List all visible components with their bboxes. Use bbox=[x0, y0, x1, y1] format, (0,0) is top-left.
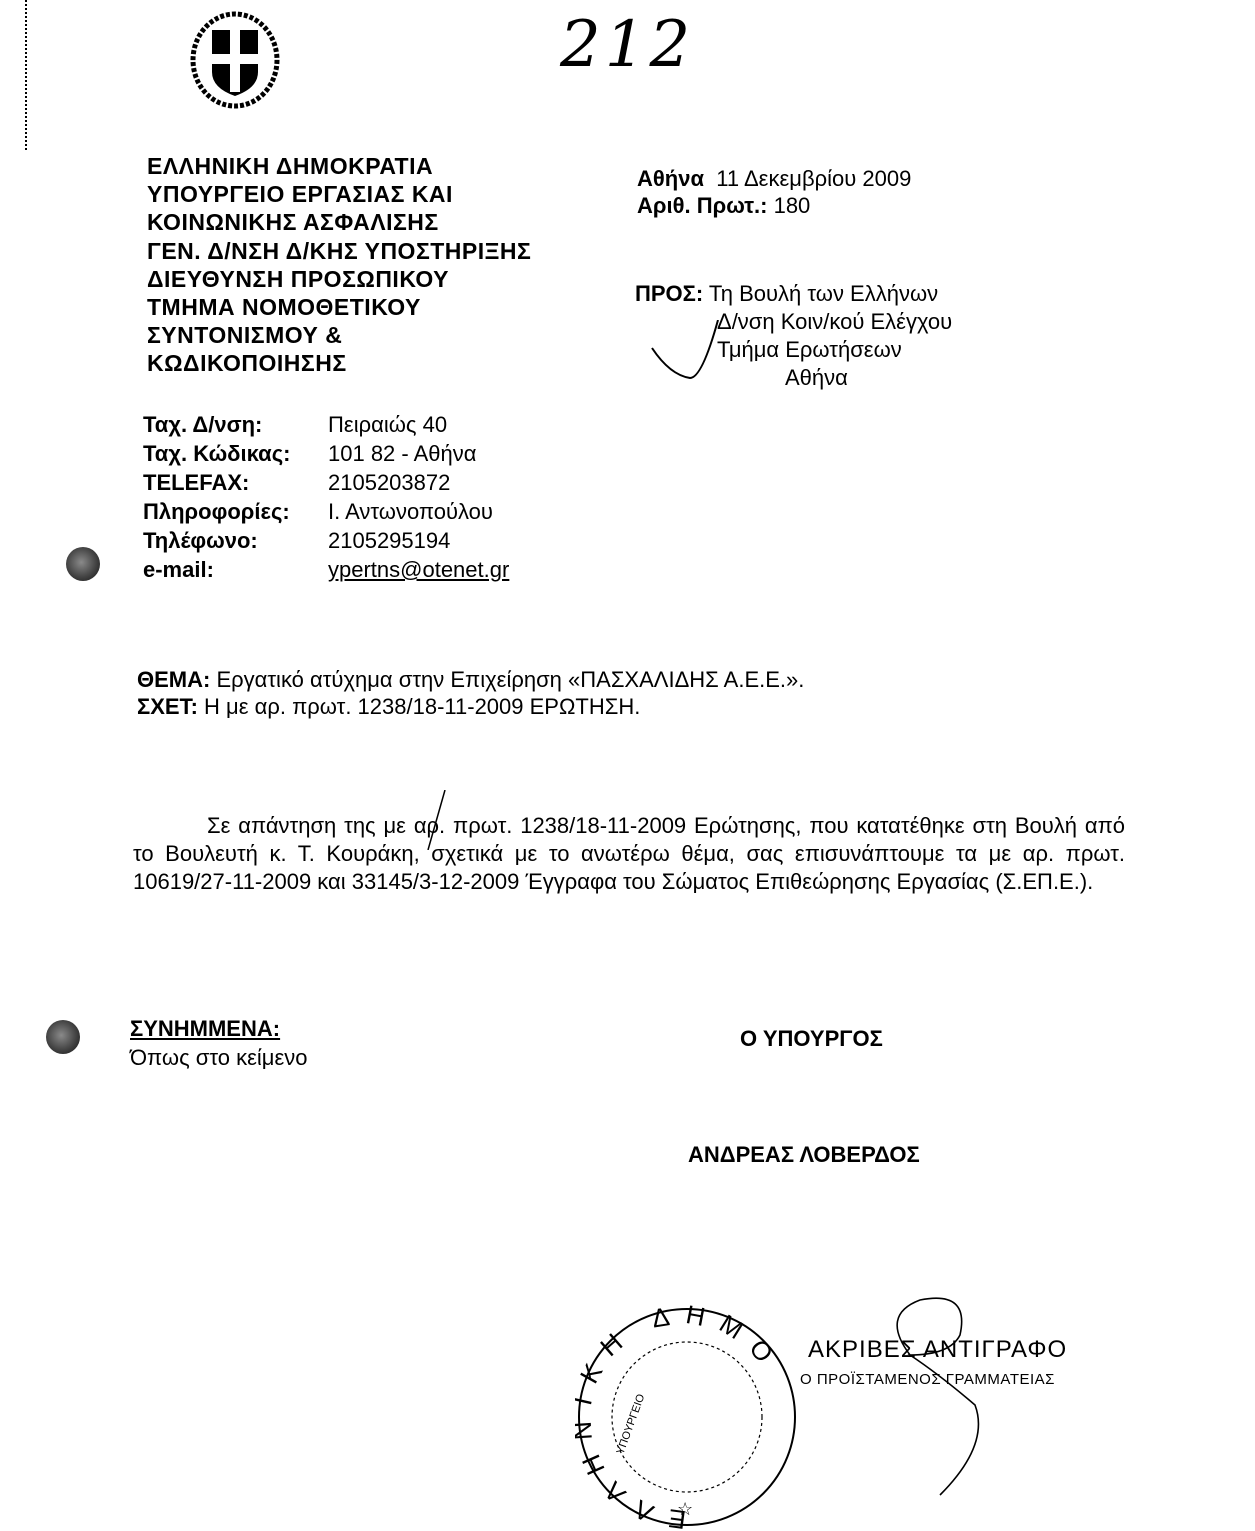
contact-value: 2105203872 bbox=[328, 468, 450, 497]
contact-row: Ταχ. Κώδικας:101 82 - Αθήνα bbox=[143, 439, 509, 468]
email-link[interactable]: ypertns@otenet.gr bbox=[328, 555, 509, 584]
greek-coat-of-arms-icon bbox=[190, 10, 280, 110]
place-label: Αθήνα bbox=[637, 166, 704, 191]
header-line: ΕΛΛΗΝΙΚΗ ΔΗΜΟΚΡΑΤΙΑ bbox=[147, 152, 531, 180]
contact-row: Ταχ. Δ/νση:Πειραιώς 40 bbox=[143, 410, 509, 439]
reference-label: ΣΧΕΤ: bbox=[137, 694, 198, 719]
svg-text:ΕΛΛΗΝΙΚΗ ΔΗΜΟ: ΕΛΛΗΝΙΚΗ ΔΗΜΟ bbox=[575, 1305, 788, 1530]
body-text: Σε απάντηση της με αρ. πρωτ. 1238/18-11-… bbox=[133, 813, 1125, 894]
stamp-inner-text: ΥΠΟΥΡΓΕΙΟ bbox=[615, 1392, 648, 1456]
stamp-ring-text: ΕΛΛΗΝΙΚΗ ΔΗΜΟ bbox=[575, 1305, 788, 1530]
header-line: ΥΠΟΥΡΓΕΙΟ ΕΡΓΑΣΙΑΣ ΚΑΙ bbox=[147, 180, 531, 208]
attachments-block: ΣΥΝΗΜΜΕΝΑ: Όπως στο κείμενο bbox=[130, 1014, 308, 1072]
header-line: ΚΟΙΝΩΝΙΚΗΣ ΑΣΦΑΛΙΣΗΣ bbox=[147, 208, 531, 236]
contact-value: 2105295194 bbox=[328, 526, 450, 555]
signatory-name: ΑΝΔΡΕΑΣ ΛΟΒΕΡΔΟΣ bbox=[688, 1142, 920, 1168]
header-line: ΤΜΗΜΑ ΝΟΜΟΘΕΤΙΚΟΥ bbox=[147, 293, 531, 321]
contact-value: Ι. Αντωνοπούλου bbox=[328, 497, 493, 526]
contact-value: Πειραιώς 40 bbox=[328, 410, 447, 439]
scan-margin-line bbox=[25, 0, 29, 150]
document-date: 11 Δεκεμβρίου 2009 bbox=[716, 166, 911, 191]
header-line: ΚΩΔΙΚΟΠΟΙΗΣΗΣ bbox=[147, 349, 531, 377]
contact-row: Πληροφορίες:Ι. Αντωνοπούλου bbox=[143, 497, 509, 526]
recipient-line: Τη Βουλή των Ελλήνων bbox=[709, 281, 938, 306]
stamp-star-icon: ☆ bbox=[677, 1499, 693, 1519]
contact-row: TELEFAX:2105203872 bbox=[143, 468, 509, 497]
contact-row: e-mail:ypertns@otenet.gr bbox=[143, 555, 509, 584]
handwritten-checkmark-icon bbox=[650, 320, 720, 390]
protocol-label: Αριθ. Πρωτ.: bbox=[637, 193, 767, 218]
reference-text: Η με αρ. πρωτ. 1238/18-11-2009 ΕΡΩΤΗΣΗ. bbox=[204, 694, 640, 719]
contact-label: Τηλέφωνο: bbox=[143, 526, 328, 555]
header-line: ΔΙΕΥΘΥΝΣΗ ΠΡΟΣΩΠΙΚΟΥ bbox=[147, 265, 531, 293]
recipient-label: ΠΡΟΣ: bbox=[635, 281, 703, 306]
protocol-number: 180 bbox=[774, 193, 811, 218]
punch-hole-icon bbox=[46, 1020, 80, 1054]
contact-label: Πληροφορίες: bbox=[143, 497, 328, 526]
contact-value: 101 82 - Αθήνα bbox=[328, 439, 477, 468]
official-stamp-icon: ΕΛΛΗΝΙΚΗ ΔΗΜΟ ΥΠΟΥΡΓΕΙΟ ☆ bbox=[575, 1305, 800, 1530]
header-line: ΓΕΝ. Δ/ΝΣΗ Δ/ΚΗΣ ΥΠΟΣΤΗΡΙΞΗΣ bbox=[147, 237, 531, 265]
ministry-header: ΕΛΛΗΝΙΚΗ ΔΗΜΟΚΡΑΤΙΑ ΥΠΟΥΡΓΕΙΟ ΕΡΓΑΣΙΑΣ Κ… bbox=[147, 152, 531, 378]
date-block: Αθήνα 11 Δεκεμβρίου 2009 Αριθ. Πρωτ.: 18… bbox=[637, 165, 911, 219]
theme-text: Εργατικό ατύχημα στην Επιχείρηση «ΠΑΣΧΑΛ… bbox=[216, 667, 804, 692]
header-line: ΣΥΝΤΟΝΙΣΜΟΥ & bbox=[147, 321, 531, 349]
theme-label: ΘΕΜΑ: bbox=[137, 667, 210, 692]
body-paragraph: Σε απάντηση της με αρ. πρωτ. 1238/18-11-… bbox=[133, 812, 1125, 896]
punch-hole-icon bbox=[66, 547, 100, 581]
attachments-label: ΣΥΝΗΜΜΕΝΑ: bbox=[130, 1014, 308, 1043]
attachments-text: Όπως στο κείμενο bbox=[130, 1043, 308, 1072]
contact-label: TELEFAX: bbox=[143, 468, 328, 497]
handwritten-page-number: 212 bbox=[560, 8, 694, 82]
handwritten-signature-icon bbox=[880, 1295, 990, 1505]
handwritten-mark-icon bbox=[420, 790, 450, 850]
contact-label: e-mail: bbox=[143, 555, 328, 584]
contact-details: Ταχ. Δ/νση:Πειραιώς 40 Ταχ. Κώδικας:101 … bbox=[143, 410, 509, 584]
subject-block: ΘΕΜΑ: Εργατικό ατύχημα στην Επιχείρηση «… bbox=[137, 666, 804, 720]
contact-label: Ταχ. Δ/νση: bbox=[143, 410, 328, 439]
contact-row: Τηλέφωνο:2105295194 bbox=[143, 526, 509, 555]
signatory-title: Ο ΥΠΟΥΡΓΟΣ bbox=[740, 1026, 883, 1052]
contact-label: Ταχ. Κώδικας: bbox=[143, 439, 328, 468]
